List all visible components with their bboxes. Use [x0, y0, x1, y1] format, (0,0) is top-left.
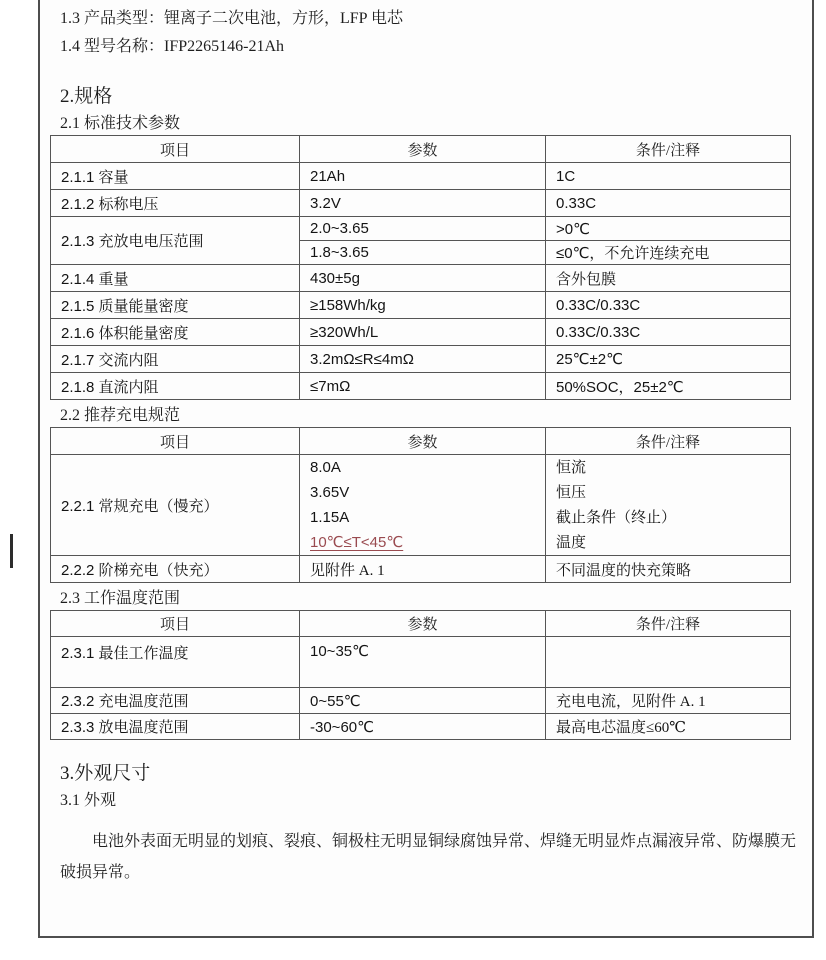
- col-header-condition: 条件/注释: [546, 428, 791, 455]
- document-page: 1.3 产品类型：锂离子二次电池，方形，LFP 电芯 1.4 型号名称：IFP2…: [38, 0, 814, 938]
- table-header-row: 项目 参数 条件/注释: [51, 611, 791, 637]
- condition-cell: 充电电流，见附件 A. 1: [546, 688, 791, 714]
- condition-cell: >0℃: [546, 217, 791, 241]
- item-cell: 2.2.1 常规充电（慢充）: [51, 455, 300, 556]
- subsection-2-3-heading: 2.3 工作温度范围: [60, 588, 802, 610]
- condition-cell: 含外包膜: [546, 265, 791, 292]
- condition-line: 截止条件（终止）: [556, 505, 790, 530]
- table-row: 2.1.7 交流内阻 3.2mΩ≤R≤4mΩ 25℃±2℃: [51, 346, 791, 373]
- item-cell: 2.1.1 容量: [51, 163, 300, 190]
- item-cell: 2.1.4 重量: [51, 265, 300, 292]
- standard-params-table: 项目 参数 条件/注释 2.1.1 容量 21Ah 1C 2.1.2 标称电压 …: [50, 135, 791, 400]
- subsection-2-2-heading: 2.2 推荐充电规范: [60, 405, 802, 427]
- param-cell: 3.2V: [300, 190, 546, 217]
- condition-cell: 不同温度的快充策略: [546, 556, 791, 583]
- item-cell: 2.1.8 直流内阻: [51, 373, 300, 400]
- table-row: 2.1.3 充放电电压范围 2.0~3.65 >0℃: [51, 217, 791, 241]
- col-header-param: 参数: [300, 136, 546, 163]
- condition-cell: 恒流 恒压 截止条件（终止） 温度: [546, 455, 791, 556]
- condition-cell: 0.33C: [546, 190, 791, 217]
- left-margin-tick: [10, 534, 13, 568]
- col-header-item: 项目: [51, 428, 300, 455]
- param-cell: 见附件 A. 1: [300, 556, 546, 583]
- condition-cell: 25℃±2℃: [546, 346, 791, 373]
- table-row: 2.1.1 容量 21Ah 1C: [51, 163, 791, 190]
- param-cell: 21Ah: [300, 163, 546, 190]
- condition-cell: 0.33C/0.33C: [546, 319, 791, 346]
- table-row: 2.3.3 放电温度范围 -30~60℃ 最高电芯温度≤60℃: [51, 714, 791, 740]
- table-row: 2.2.2 阶梯充电（快充） 见附件 A. 1 不同温度的快充策略: [51, 556, 791, 583]
- col-header-param: 参数: [300, 428, 546, 455]
- table-row: 2.1.8 直流内阻 ≤7mΩ 50%SOC，25±2℃: [51, 373, 791, 400]
- col-header-condition: 条件/注释: [546, 611, 791, 637]
- param-cell: 0~55℃: [300, 688, 546, 714]
- item-cell: 2.3.2 充电温度范围: [51, 688, 300, 714]
- param-line: 3.65V: [310, 480, 545, 505]
- condition-cell: [546, 637, 791, 688]
- temp-range-table: 项目 参数 条件/注释 2.3.1 最佳工作温度 10~35℃ 2.3.2 充电…: [50, 610, 791, 740]
- condition-cell: 0.33C/0.33C: [546, 292, 791, 319]
- item-cell: 2.1.6 体积能量密度: [51, 319, 300, 346]
- table-header-row: 项目 参数 条件/注释: [51, 136, 791, 163]
- table-row: 2.3.1 最佳工作温度 10~35℃: [51, 637, 791, 688]
- param-cell: ≥320Wh/L: [300, 319, 546, 346]
- param-cell: 8.0A 3.65V 1.15A 10℃≤T<45℃: [300, 455, 546, 556]
- param-line-temperature-range: 10℃≤T<45℃: [310, 530, 545, 555]
- item-cell: 2.1.3 充放电电压范围: [51, 217, 300, 265]
- condition-line: 恒压: [556, 480, 790, 505]
- appearance-paragraph: 电池外表面无明显的划痕、裂痕、铜极柱无明显铜绿腐蚀异常、焊缝无明显炸点漏液异常、…: [60, 826, 796, 888]
- condition-line: 恒流: [556, 455, 790, 480]
- param-cell: 2.0~3.65: [300, 217, 546, 241]
- col-header-param: 参数: [300, 611, 546, 637]
- item-cell: 2.3.3 放电温度范围: [51, 714, 300, 740]
- charge-spec-table: 项目 参数 条件/注释 2.2.1 常规充电（慢充） 8.0A 3.65V 1.…: [50, 427, 791, 583]
- item-cell: 2.1.2 标称电压: [51, 190, 300, 217]
- param-cell: -30~60℃: [300, 714, 546, 740]
- param-line: 1.15A: [310, 505, 545, 530]
- product-type-line: 1.3 产品类型：锂离子二次电池，方形，LFP 电芯: [60, 0, 802, 33]
- condition-cell: 1C: [546, 163, 791, 190]
- param-cell: 430±5g: [300, 265, 546, 292]
- param-cell: ≥158Wh/kg: [300, 292, 546, 319]
- section-3-heading: 3.外观尺寸: [60, 763, 802, 785]
- param-cell: 10~35℃: [300, 637, 546, 688]
- condition-cell: 最高电芯温度≤60℃: [546, 714, 791, 740]
- param-cell: 1.8~3.65: [300, 241, 546, 265]
- condition-line: 温度: [556, 530, 790, 555]
- table-row: 2.3.2 充电温度范围 0~55℃ 充电电流，见附件 A. 1: [51, 688, 791, 714]
- table-row: 2.1.5 质量能量密度 ≥158Wh/kg 0.33C/0.33C: [51, 292, 791, 319]
- table-row: 2.1.2 标称电压 3.2V 0.33C: [51, 190, 791, 217]
- col-header-item: 项目: [51, 611, 300, 637]
- condition-cell: 50%SOC，25±2℃: [546, 373, 791, 400]
- item-cell: 2.1.5 质量能量密度: [51, 292, 300, 319]
- col-header-item: 项目: [51, 136, 300, 163]
- table-row: 2.2.1 常规充电（慢充） 8.0A 3.65V 1.15A 10℃≤T<45…: [51, 455, 791, 556]
- param-line: 8.0A: [310, 455, 545, 480]
- item-cell: 2.3.1 最佳工作温度: [51, 637, 300, 688]
- section-2-heading: 2.规格: [60, 86, 802, 108]
- model-name-line: 1.4 型号名称：IFP2265146-21Ah: [60, 33, 802, 61]
- subsection-3-1-heading: 3.1 外观: [60, 790, 802, 812]
- table-row: 2.1.4 重量 430±5g 含外包膜: [51, 265, 791, 292]
- condition-cell: ≤0℃，不允许连续充电: [546, 241, 791, 265]
- col-header-condition: 条件/注释: [546, 136, 791, 163]
- item-cell: 2.2.2 阶梯充电（快充）: [51, 556, 300, 583]
- param-cell: 3.2mΩ≤R≤4mΩ: [300, 346, 546, 373]
- table-row: 2.1.6 体积能量密度 ≥320Wh/L 0.33C/0.33C: [51, 319, 791, 346]
- subsection-2-1-heading: 2.1 标准技术参数: [60, 113, 802, 135]
- item-cell: 2.1.7 交流内阻: [51, 346, 300, 373]
- table-header-row: 项目 参数 条件/注释: [51, 428, 791, 455]
- param-cell: ≤7mΩ: [300, 373, 546, 400]
